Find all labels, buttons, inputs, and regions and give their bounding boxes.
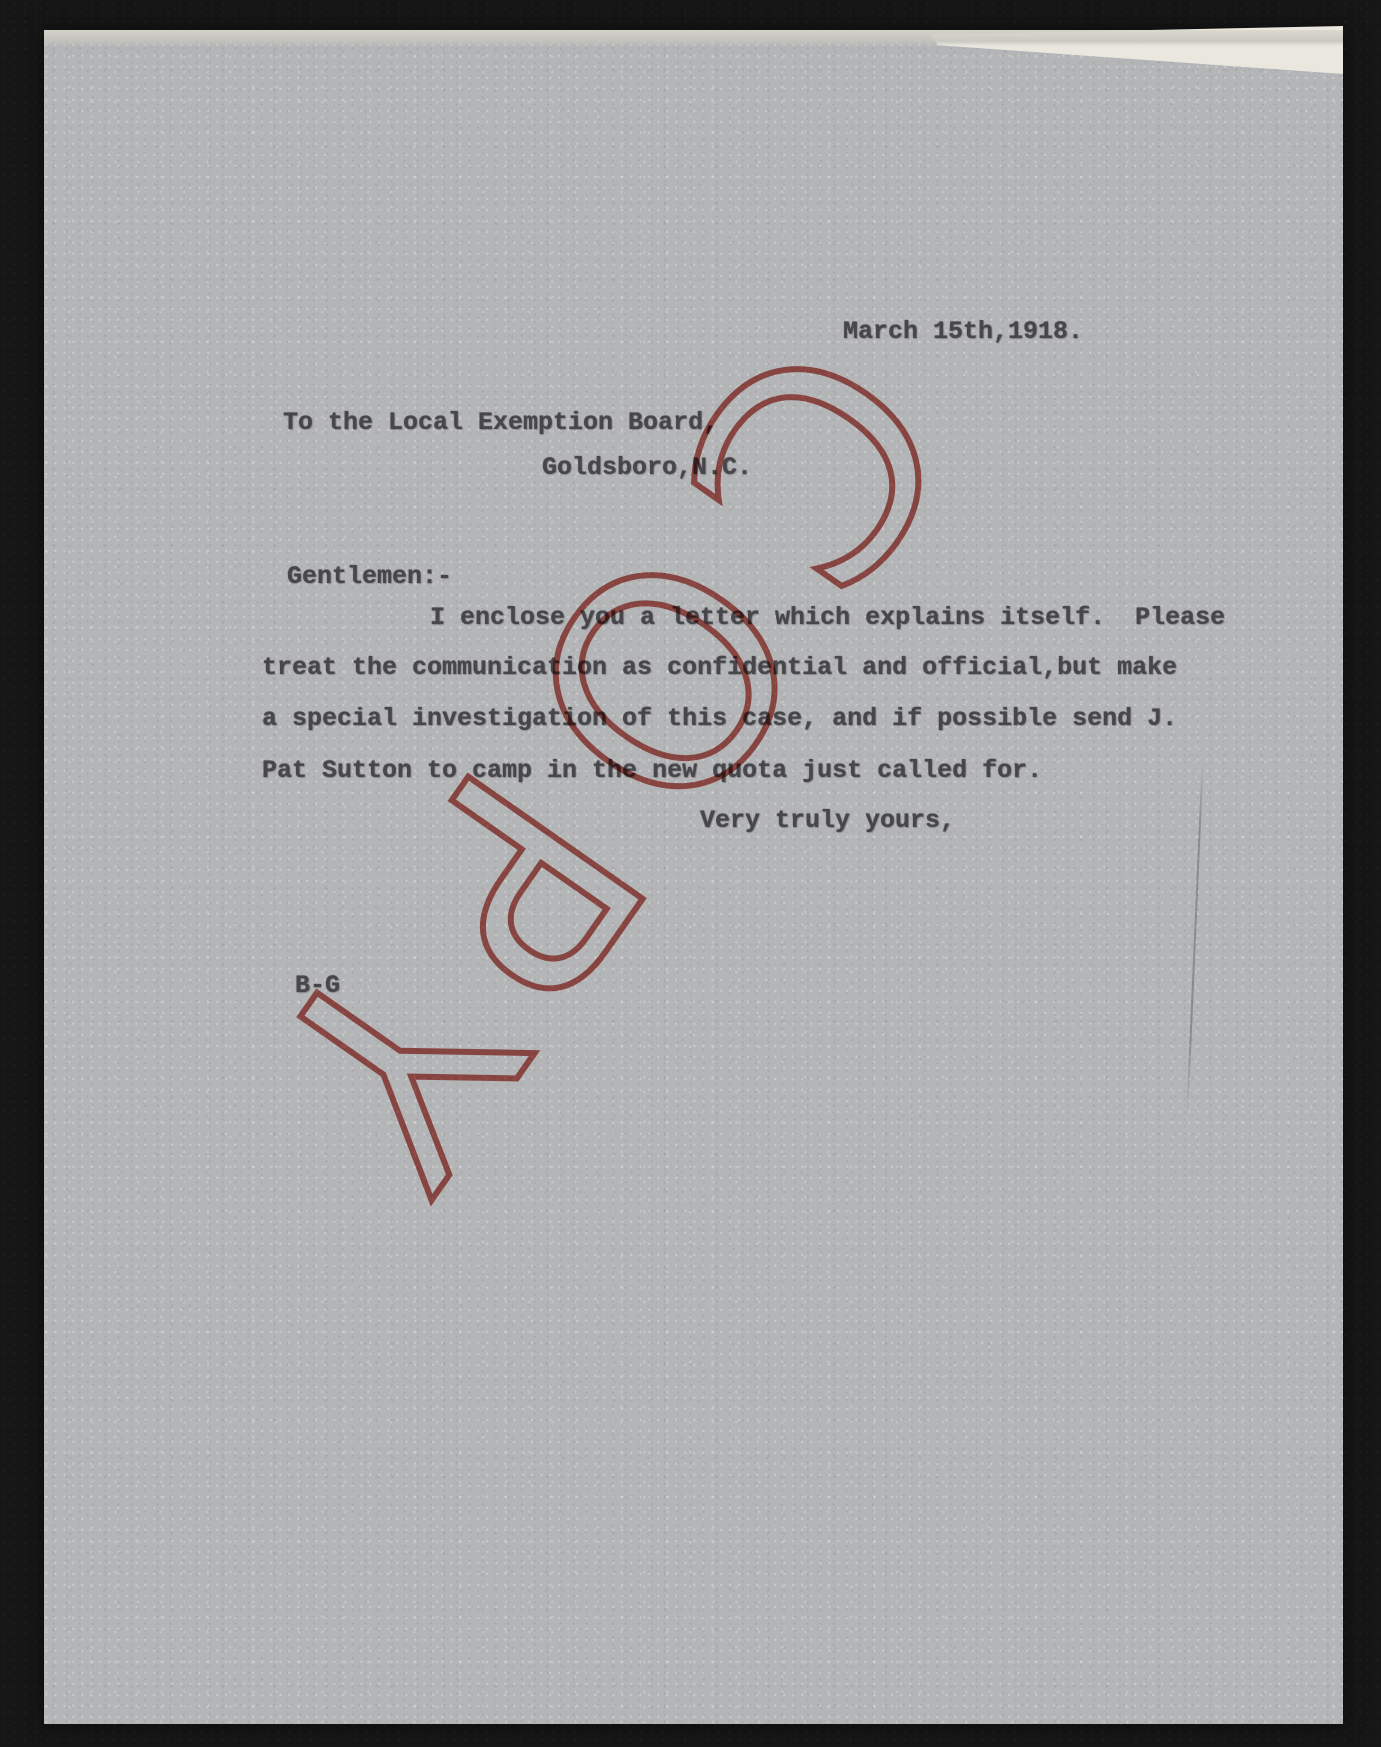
scanned-letter-scene: March 15th,1918. To the Local Exemption … — [0, 0, 1381, 1747]
paper-top-edge — [44, 30, 1343, 46]
salutation: Gentlemen:- — [287, 562, 452, 592]
date-line: March 15th,1918. — [843, 317, 1083, 347]
